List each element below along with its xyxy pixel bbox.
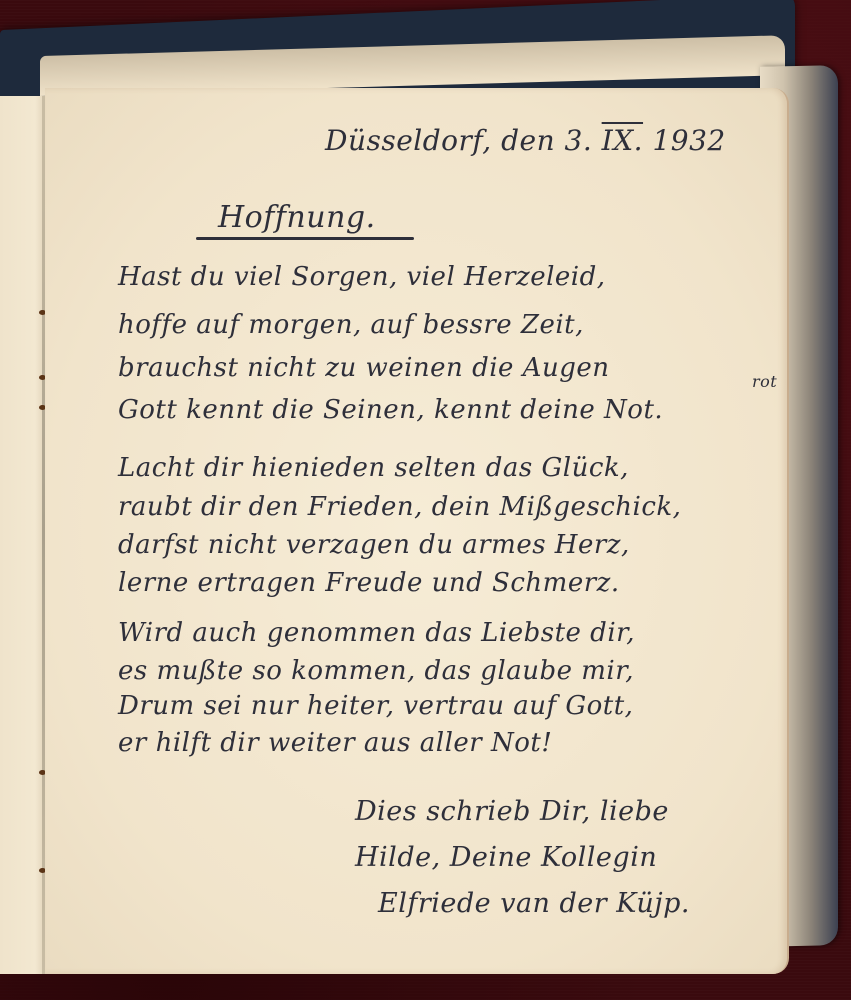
signature-line: Dies schrieb Dir, liebe [355, 796, 669, 827]
verse-line: lerne ertragen Freude und Schmerz. [118, 568, 620, 598]
place-date: Düsseldorf, den 3. [325, 124, 592, 157]
correction-insertion: rot [752, 372, 777, 391]
poem-title: Hoffnung. [218, 200, 376, 235]
verse-line: Lacht dir hienieden selten das Glück, [118, 453, 629, 483]
verse-line: Gott kennt die Seinen, kennt deine Not. [118, 395, 663, 425]
verse-line: darfst nicht verzagen du armes Herz, [118, 530, 630, 560]
signature-line: Hilde, Deine Kollegin [355, 842, 657, 873]
month-roman: IX. [602, 124, 643, 157]
signature-name: Elfriede van der Küjp. [378, 888, 690, 919]
verse-line: Drum sei nur heiter, vertrau auf Gott, [118, 691, 633, 721]
verse-line: hoffe auf morgen, auf bessre Zeit, [118, 310, 584, 340]
verse-line: Hast du viel Sorgen, viel Herzeleid, [118, 262, 606, 292]
year: 1932 [652, 124, 725, 157]
verse-line: raubt dir den Frieden, dein Mißgeschick, [118, 492, 681, 522]
verse-line: Wird auch genommen das Liebste dir, [118, 618, 635, 648]
verse-line: brauchst nicht zu weinen die Augen [118, 353, 609, 383]
left-page [0, 96, 44, 974]
verse-line: er hilft dir weiter aus aller Not! [118, 728, 552, 758]
title-underline [196, 237, 414, 240]
verse-line: es mußte so kommen, das glaube mir, [118, 656, 634, 686]
place-date-heading: Düsseldorf, den 3. IX. 1932 [325, 124, 726, 157]
